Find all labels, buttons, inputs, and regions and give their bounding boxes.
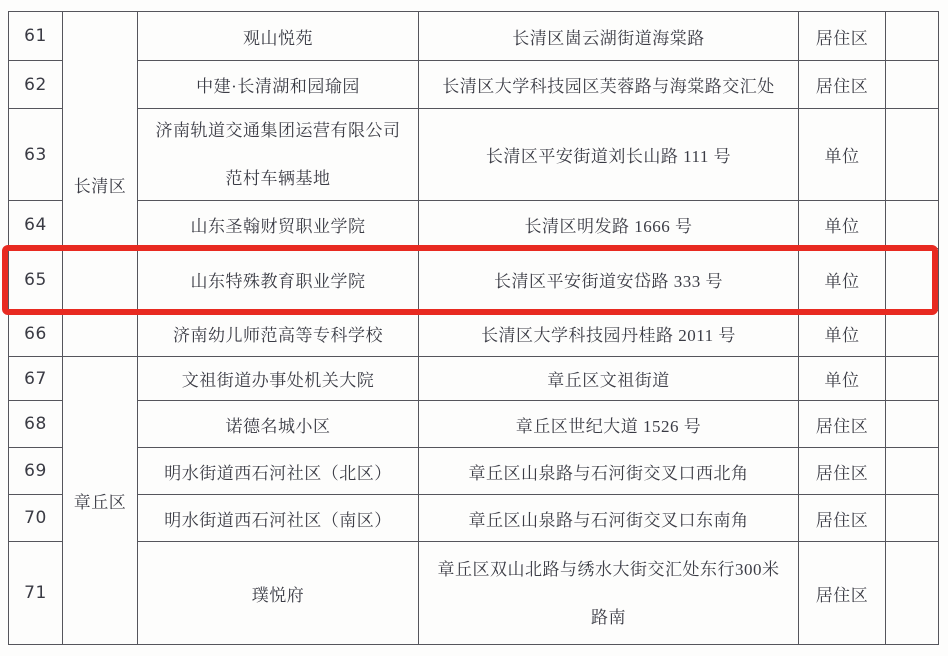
table-row: 68 诺德名城小区 章丘区世纪大道 1526 号 居住区 <box>9 401 939 448</box>
empty-cell <box>886 357 939 401</box>
site-name: 济南轨道交通集团运营有限公司 范村车辆基地 <box>138 109 419 201</box>
row-number: 62 <box>9 61 63 109</box>
site-address: 章丘区双山北路与绣水大街交汇处东行300米 路南 <box>419 542 799 645</box>
site-type: 居住区 <box>799 495 886 542</box>
site-name: 观山悦苑 <box>138 12 419 61</box>
site-address: 长清区平安街道刘长山路 111 号 <box>419 109 799 201</box>
site-name: 明水街道西石河社区（北区） <box>138 448 419 495</box>
site-address: 长清区平安街道安岱路 333 号 <box>419 249 799 311</box>
site-type: 单位 <box>799 311 886 357</box>
site-address: 章丘区文祖街道 <box>419 357 799 401</box>
table-row: 63 济南轨道交通集团运营有限公司 范村车辆基地 长清区平安街道刘长山路 111… <box>9 109 939 201</box>
site-name: 山东圣翰财贸职业学院 <box>138 201 419 249</box>
table-row: 70 明水街道西石河社区（南区） 章丘区山泉路与石河街交叉口东南角 居住区 <box>9 495 939 542</box>
site-address: 章丘区山泉路与石河街交叉口西北角 <box>419 448 799 495</box>
table-row: 69 明水街道西石河社区（北区） 章丘区山泉路与石河街交叉口西北角 居住区 <box>9 448 939 495</box>
empty-cell <box>886 448 939 495</box>
site-type: 单位 <box>799 109 886 201</box>
table-row: 71 璞悦府 章丘区双山北路与绣水大街交汇处东行300米 路南 居住区 <box>9 542 939 645</box>
row-number: 61 <box>9 12 63 61</box>
site-address: 长清区崮云湖街道海棠路 <box>419 12 799 61</box>
site-address-line2: 路南 <box>591 607 626 628</box>
district-cell: 长清区 <box>63 12 138 357</box>
table-row: 61 长清区 观山悦苑 长清区崮云湖街道海棠路 居住区 <box>9 12 939 61</box>
site-type: 单位 <box>799 249 886 311</box>
site-type: 居住区 <box>799 542 886 645</box>
row-number: 63 <box>9 109 63 201</box>
site-name: 璞悦府 <box>138 542 419 645</box>
row-number: 71 <box>9 542 63 645</box>
site-name-line2: 范村车辆基地 <box>226 168 331 189</box>
empty-cell <box>886 542 939 645</box>
site-name: 山东特殊教育职业学院 <box>138 249 419 311</box>
site-name: 明水街道西石河社区（南区） <box>138 495 419 542</box>
district-cell: 章丘区 <box>63 357 138 645</box>
scanned-document-page: 61 长清区 观山悦苑 长清区崮云湖街道海棠路 居住区 62 中建·长清湖和园瑜… <box>0 0 948 656</box>
site-type: 居住区 <box>799 448 886 495</box>
row-number: 64 <box>9 201 63 249</box>
site-type: 单位 <box>799 201 886 249</box>
table-row: 66 济南幼儿师范高等专科学校 长清区大学科技园丹桂路 2011 号 单位 <box>9 311 939 357</box>
site-type: 居住区 <box>799 61 886 109</box>
site-name-line1: 济南轨道交通集团运营有限公司 <box>156 120 401 141</box>
row-number: 66 <box>9 311 63 357</box>
empty-cell <box>886 61 939 109</box>
site-name: 济南幼儿师范高等专科学校 <box>138 311 419 357</box>
site-name: 诺德名城小区 <box>138 401 419 448</box>
empty-cell <box>886 311 939 357</box>
site-address: 章丘区山泉路与石河街交叉口东南角 <box>419 495 799 542</box>
empty-cell <box>886 12 939 61</box>
site-address: 章丘区世纪大道 1526 号 <box>419 401 799 448</box>
site-type: 居住区 <box>799 401 886 448</box>
row-number: 67 <box>9 357 63 401</box>
empty-cell <box>886 249 939 311</box>
site-address: 长清区大学科技园丹桂路 2011 号 <box>419 311 799 357</box>
site-type: 居住区 <box>799 12 886 61</box>
site-name: 中建·长清湖和园瑜园 <box>138 61 419 109</box>
table-row: 64 山东圣翰财贸职业学院 长清区明发路 1666 号 单位 <box>9 201 939 249</box>
table-row: 62 中建·长清湖和园瑜园 长清区大学科技园区芙蓉路与海棠路交汇处 居住区 <box>9 61 939 109</box>
row-number: 70 <box>9 495 63 542</box>
site-type: 单位 <box>799 357 886 401</box>
table-row: 67 章丘区 文祖街道办事处机关大院 章丘区文祖街道 单位 <box>9 357 939 401</box>
site-address: 长清区明发路 1666 号 <box>419 201 799 249</box>
row-number: 68 <box>9 401 63 448</box>
row-number: 65 <box>9 249 63 311</box>
row-number: 69 <box>9 448 63 495</box>
site-address-line1: 章丘区双山北路与绣水大街交汇处东行300米 <box>438 559 780 580</box>
empty-cell <box>886 495 939 542</box>
sites-table: 61 长清区 观山悦苑 长清区崮云湖街道海棠路 居住区 62 中建·长清湖和园瑜… <box>8 11 939 645</box>
site-address: 长清区大学科技园区芙蓉路与海棠路交汇处 <box>419 61 799 109</box>
empty-cell <box>886 109 939 201</box>
table-row-highlighted: 65 山东特殊教育职业学院 长清区平安街道安岱路 333 号 单位 <box>9 249 939 311</box>
empty-cell <box>886 201 939 249</box>
site-name: 文祖街道办事处机关大院 <box>138 357 419 401</box>
empty-cell <box>886 401 939 448</box>
